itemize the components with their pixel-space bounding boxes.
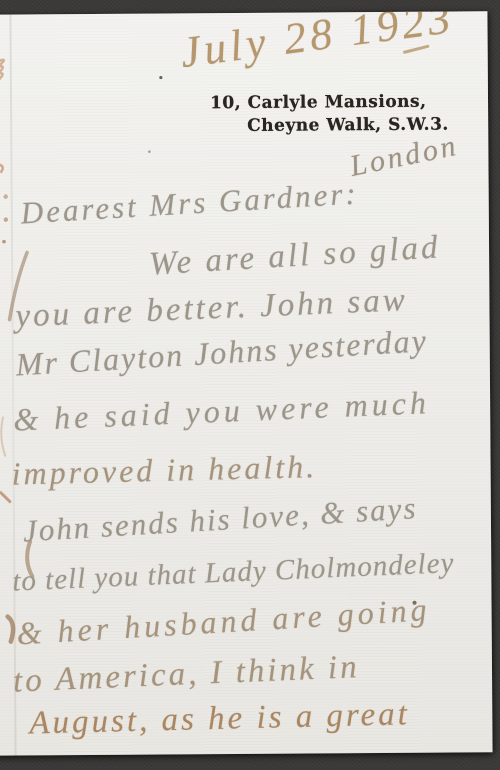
letter-body-line: We are all so glad	[148, 229, 441, 283]
letter-body-line: improved in health.	[11, 448, 317, 492]
letter-body-line: & her husband are going	[16, 591, 432, 653]
photo-background: July 28 1923 10, Carlyle Mansions, Cheyn…	[0, 0, 500, 770]
paper-fold-line	[9, 15, 16, 756]
letter-salutation: Dearest Mrs Gardner:	[20, 175, 360, 231]
letterhead-address-line1: 10, Carlyle Mansions,	[210, 92, 427, 114]
letter-body-line: & he said you were much	[12, 384, 430, 438]
letter-paper: July 28 1923 10, Carlyle Mansions, Cheyn…	[0, 11, 493, 755]
letter-date: July 28 1923	[177, 11, 457, 78]
letter-place: London	[347, 129, 461, 184]
letter-body-line: August, as he is a great	[29, 696, 410, 742]
letter-body-line: John sends his love, & says	[22, 490, 418, 549]
letter-body-line: to tell you that Lady Cholmondeley	[12, 547, 455, 598]
letterhead-address-line2: Cheyne Walk, S.W.3.	[247, 115, 449, 136]
letter-body-line: to America, I think in	[12, 649, 360, 700]
